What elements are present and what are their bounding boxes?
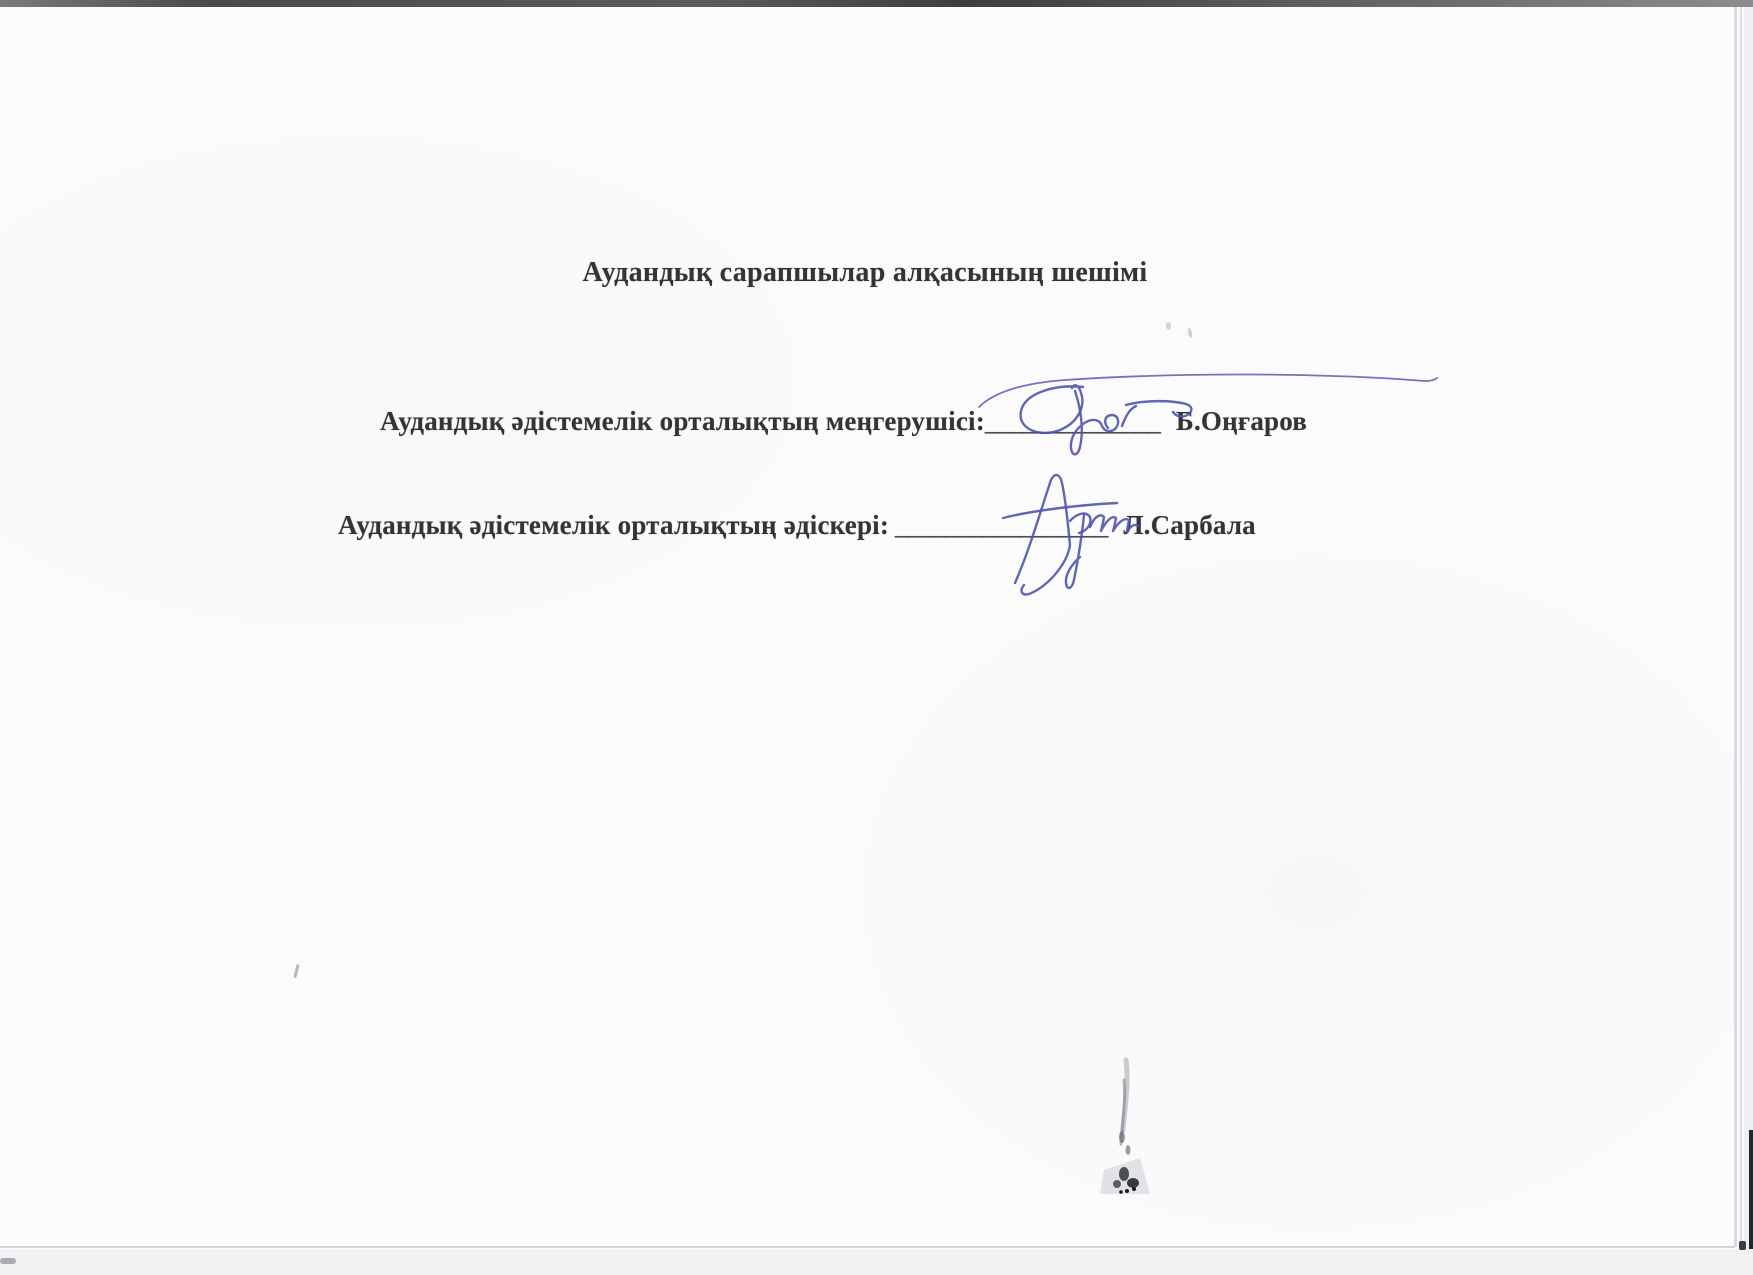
scan-speck-bottom-right xyxy=(1739,1241,1746,1250)
signature-line-manager: Аудандық әдістемелік орталықтың меңгеруш… xyxy=(380,406,1307,437)
paper-right-edge-highlight xyxy=(1740,7,1742,1247)
scan-speck-under-title-1 xyxy=(1166,322,1171,330)
signature-line-methodist-label: Аудандық әдістемелік орталықтың әдіскері… xyxy=(338,510,889,540)
signatory-name-methodist: Л.Сарбала xyxy=(1123,510,1256,540)
paper-bottom-edge xyxy=(0,1246,1735,1248)
scan-speck-under-title-2 xyxy=(1187,328,1193,339)
scan-right-margin xyxy=(1744,7,1753,1275)
document-title: Аудандық сарапшылар алқасының шешімі xyxy=(0,257,1730,289)
scan-bottom-margin xyxy=(0,1249,1753,1275)
scan-speck-bottom-left xyxy=(0,1258,16,1264)
ink-smudge xyxy=(1082,1052,1172,1212)
signature-line-manager-label: Аудандық әдістемелік орталықтың меңгеруш… xyxy=(380,406,985,436)
scan-top-edge xyxy=(0,0,1753,7)
signatory-name-manager: Б.Оңғаров xyxy=(1176,406,1307,436)
paper-right-edge xyxy=(1734,7,1737,1247)
handwritten-signature-manager xyxy=(955,335,1455,465)
scanned-page: Аудандық сарапшылар алқасының шешімі Ауд… xyxy=(0,0,1753,1275)
signature-blank: ______________ xyxy=(985,406,1160,436)
signature-blank: _________________ xyxy=(889,510,1107,540)
scan-speck-left xyxy=(293,964,299,978)
signature-line-methodist: Аудандық әдістемелік орталықтың әдіскері… xyxy=(338,510,1256,541)
